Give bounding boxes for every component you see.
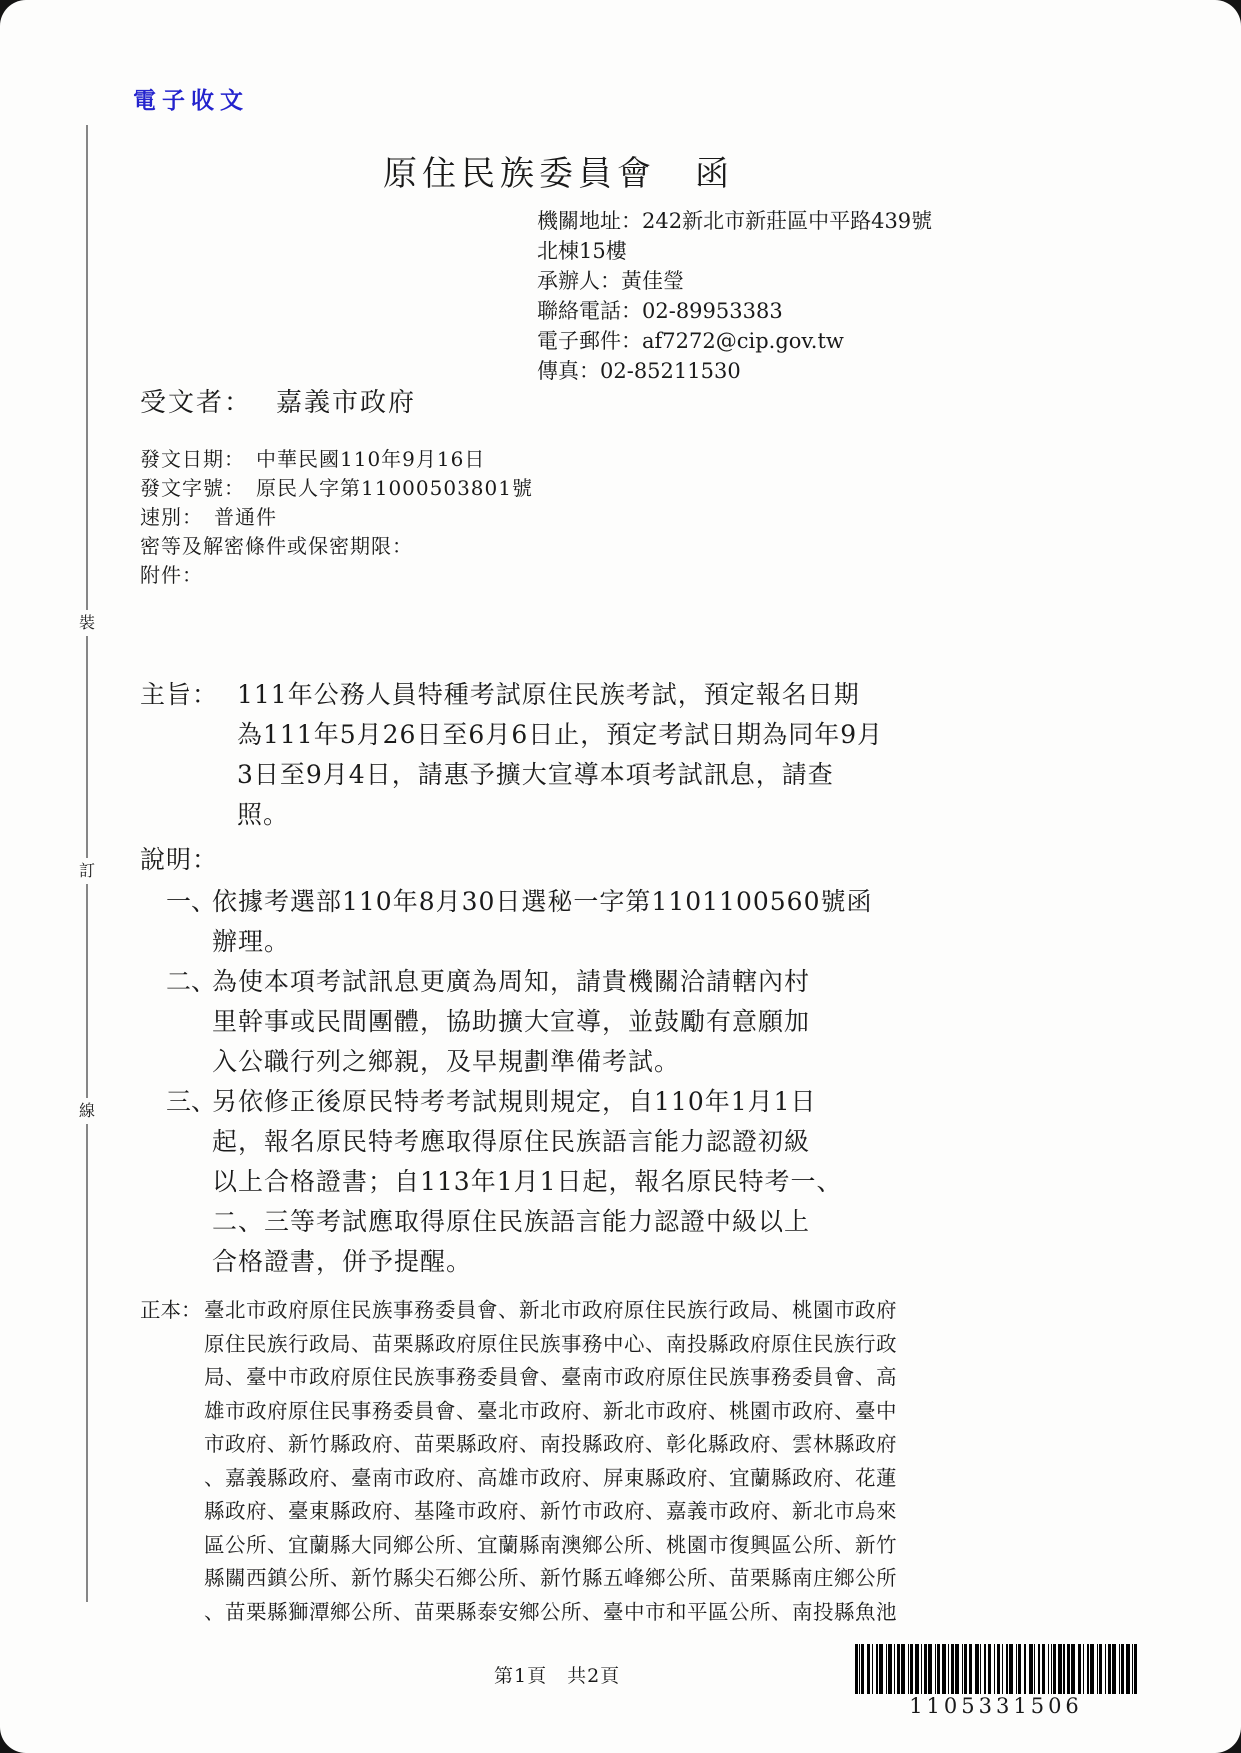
agency-info-block: 機關地址：242新北市新莊區中平路439號北棟15樓承辦人：黃佳瑩聯絡電話：02… <box>537 206 932 386</box>
text-line: 111年公務人員特種考試原住民族考試，預定報名日期 <box>237 675 1062 715</box>
text-line: 依據考選部110年8月30日選秘一字第1101100560號函 <box>212 882 1040 922</box>
document-meta-block: 發文日期： 中華民國110年9月16日發文字號： 原民人字第1100050380… <box>140 445 533 590</box>
item-text: 依據考選部110年8月30日選秘一字第1101100560號函辦理。 <box>212 882 1040 962</box>
description-items: 一、依據考選部110年8月30日選秘一字第1101100560號函辦理。二、為使… <box>140 882 1040 1282</box>
text-line: 聯絡電話：02-89953383 <box>537 296 932 326</box>
text-line: 機關地址：242新北市新莊區中平路439號 <box>537 206 932 236</box>
binding-mark-xian: 線 <box>74 1098 100 1124</box>
item-text: 另依修正後原民特考考試規則規定，自110年1月1日起，報名原民特考應取得原住民族… <box>212 1082 1040 1282</box>
text-line: 傳真：02-85211530 <box>537 356 932 386</box>
subject-section: 主旨： 111年公務人員特種考試原住民族考試，預定報名日期為111年5月26日至… <box>140 675 1062 835</box>
binding-mark-zhuang: 裝 <box>74 610 100 636</box>
copy-to-label: 正本： <box>140 1294 204 1629</box>
text-line: 原住民族行政局、苗栗縣政府原住民族事務中心、南投縣政府原住民族行政 <box>204 1328 1019 1362</box>
text-line: 雄市政府原住民事務委員會、臺北市政府、新北市政府、桃園市政府、臺中 <box>204 1395 1019 1429</box>
text-line: 另依修正後原民特考考試規則規定，自110年1月1日 <box>212 1082 1040 1122</box>
description-item: 二、為使本項考試訊息更廣為周知，請貴機關洽請轄內村里幹事或民間團體，協助擴大宣導… <box>140 962 1040 1082</box>
text-line: 發文字號： 原民人字第11000503801號 <box>140 474 533 503</box>
copy-to-section: 正本： 臺北市政府原住民族事務委員會、新北市政府原住民族行政局、桃園市政府原住民… <box>140 1294 1019 1629</box>
item-number: 三、 <box>140 1082 212 1282</box>
text-line: 局、臺中市政府原住民族事務委員會、臺南市政府原住民族事務委員會、高 <box>204 1361 1019 1395</box>
text-line: 縣關西鎮公所、新竹縣尖石鄉公所、新竹縣五峰鄉公所、苗栗縣南庄鄉公所 <box>204 1562 1019 1596</box>
recipient-line: 受文者：嘉義市政府 <box>140 382 416 419</box>
text-line: 附件： <box>140 561 533 590</box>
barcode-bar <box>1134 1644 1137 1694</box>
text-line: 辦理。 <box>212 922 1040 962</box>
binding-mark-ding: 訂 <box>74 858 100 884</box>
item-number: 一、 <box>140 882 212 962</box>
text-line: 合格證書，併予提醒。 <box>212 1242 1040 1282</box>
item-number: 二、 <box>140 962 212 1082</box>
description-item: 三、另依修正後原民特考考試規則規定，自110年1月1日起，報名原民特考應取得原住… <box>140 1082 1040 1282</box>
text-line: 為111年5月26日至6月6日止，預定考試日期為同年9月 <box>237 715 1062 755</box>
text-line: 為使本項考試訊息更廣為周知，請貴機關洽請轄內村 <box>212 962 1040 1002</box>
item-text: 為使本項考試訊息更廣為周知，請貴機關洽請轄內村里幹事或民間團體，協助擴大宣導，並… <box>212 962 1040 1082</box>
text-line: 里幹事或民間團體，協助擴大宣導，並鼓勵有意願加 <box>212 1002 1040 1042</box>
text-line: 區公所、宜蘭縣大同鄉公所、宜蘭縣南澳鄉公所、桃園市復興區公所、新竹 <box>204 1529 1019 1563</box>
document-page: 電子收文 裝 訂 線 原住民族委員會 函 機關地址：242新北市新莊區中平路43… <box>0 0 1241 1753</box>
text-line: 二、三等考試應取得原住民族語言能力認證中級以上 <box>212 1202 1040 1242</box>
document-title: 原住民族委員會 函 <box>383 146 734 195</box>
text-line: 、苗栗縣獅潭鄉公所、苗栗縣泰安鄉公所、臺中市和平區公所、南投縣魚池 <box>204 1596 1019 1630</box>
electronic-receipt-stamp: 電子收文 <box>133 82 249 115</box>
text-line: 臺北市政府原住民族事務委員會、新北市政府原住民族行政局、桃園市政府 <box>204 1294 1019 1328</box>
text-line: 電子郵件：af7272@cip.gov.tw <box>537 326 932 356</box>
recipient-value: 嘉義市政府 <box>276 388 416 418</box>
text-line: 市政府、新竹縣政府、苗栗縣政府、南投縣政府、彰化縣政府、雲林縣政府 <box>204 1428 1019 1462</box>
text-line: 以上合格證書；自113年1月1日起，報名原民特考一、 <box>212 1162 1040 1202</box>
recipient-label: 受文者： <box>140 388 252 418</box>
text-line: 速別： 普通件 <box>140 503 533 532</box>
text-line: 3日至9月4日，請惠予擴大宣導本項考試訊息，請查 <box>237 755 1062 795</box>
text-line: 承辦人：黃佳瑩 <box>537 266 932 296</box>
description-label: 說明： <box>140 840 218 876</box>
barcode <box>855 1644 1137 1694</box>
text-line: 北棟15樓 <box>537 236 932 266</box>
barcode-block: 1105331506 <box>855 1644 1137 1718</box>
description-item: 一、依據考選部110年8月30日選秘一字第1101100560號函辦理。 <box>140 882 1040 962</box>
copy-to-text: 臺北市政府原住民族事務委員會、新北市政府原住民族行政局、桃園市政府原住民族行政局… <box>204 1294 1019 1629</box>
text-line: 縣政府、臺東縣政府、基隆市政府、新竹市政府、嘉義市政府、新北市烏來 <box>204 1495 1019 1529</box>
subject-label: 主旨： <box>140 675 237 835</box>
text-line: 入公職行列之鄉親，及早規劃準備考試。 <box>212 1042 1040 1082</box>
barcode-number: 1105331506 <box>855 1694 1137 1718</box>
text-line: 發文日期： 中華民國110年9月16日 <box>140 445 533 474</box>
text-line: 密等及解密條件或保密期限： <box>140 532 533 561</box>
text-line: 、嘉義縣政府、臺南市政府、高雄市政府、屏東縣政府、宜蘭縣政府、花蓮 <box>204 1462 1019 1496</box>
text-line: 照。 <box>237 795 1062 835</box>
subject-text: 111年公務人員特種考試原住民族考試，預定報名日期為111年5月26日至6月6日… <box>237 675 1062 835</box>
text-line: 起，報名原民特考應取得原住民族語言能力認證初級 <box>212 1122 1040 1162</box>
page-number: 第1頁 共2頁 <box>494 1661 620 1688</box>
